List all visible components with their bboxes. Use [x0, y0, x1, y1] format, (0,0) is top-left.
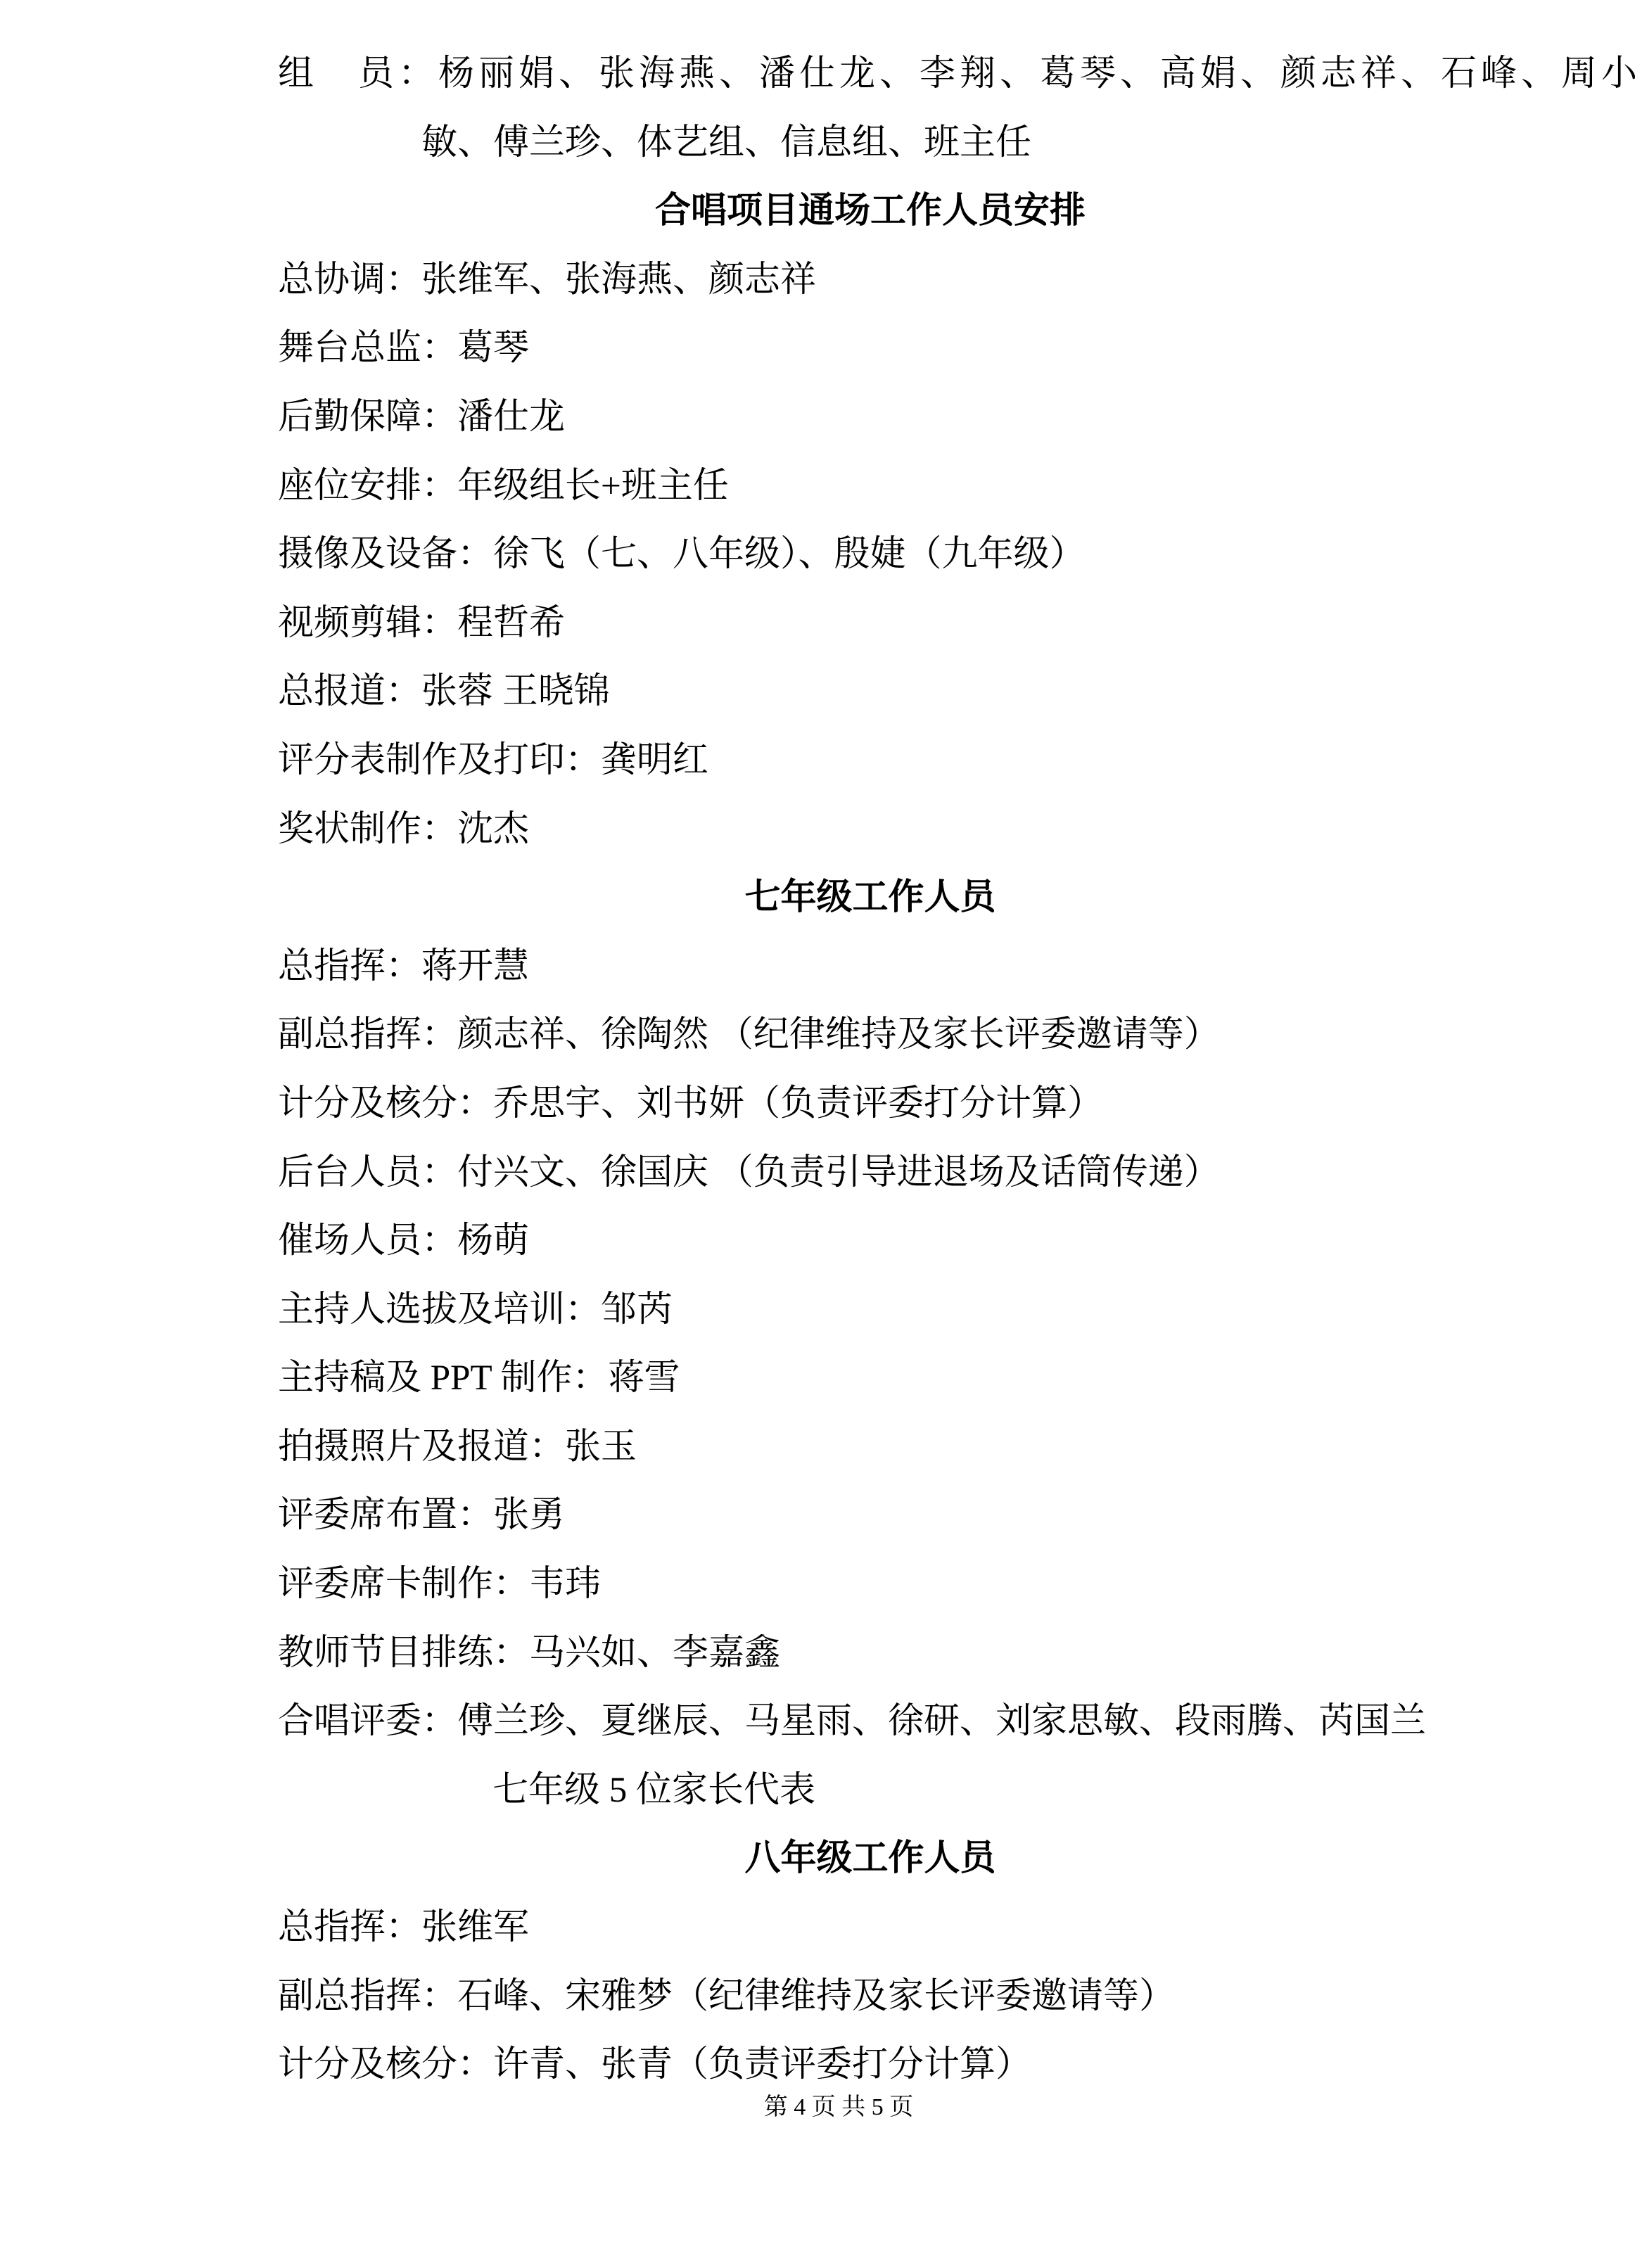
members-line: 组 员：杨丽娟、张海燕、潘仕龙、李翔、葛琴、高娟、颜志祥、石峰、周小	[0, 40, 1635, 109]
section-heading-grade7: 七年级工作人员	[0, 864, 1635, 933]
staff-line: 副总指挥：颜志祥、徐陶然 （纪律维持及家长评委邀请等）	[0, 1001, 1635, 1070]
staff-line: 拍摄照片及报道：张玉	[0, 1413, 1635, 1482]
staff-line: 评委席卡制作：韦玮	[0, 1550, 1635, 1619]
staff-line: 总指挥：蒋开慧	[0, 933, 1635, 1002]
staff-line: 总指挥：张维军	[0, 1894, 1635, 1963]
staff-line: 总报道：张蓉 王晓锦	[0, 658, 1635, 727]
staff-line: 总协调：张维军、张海燕、颜志祥	[0, 246, 1635, 315]
staff-line: 主持稿及 PPT 制作：蒋雪	[0, 1344, 1635, 1413]
staff-line: 主持人选拔及培训：邹芮	[0, 1276, 1635, 1345]
staff-line: 催场人员：杨萌	[0, 1207, 1635, 1276]
staff-line: 计分及核分：许青、张青（负责评委打分计算）	[0, 2031, 1635, 2100]
section-heading-overall: 合唱项目通场工作人员安排	[0, 177, 1635, 246]
staff-line: 座位安排：年级组长+班主任	[0, 452, 1635, 521]
staff-line: 奖状制作：沈杰	[0, 796, 1635, 865]
staff-line: 副总指挥：石峰、宋雅梦（纪律维持及家长评委邀请等）	[0, 1963, 1635, 2032]
staff-line: 教师节目排练：马兴如、李嘉鑫	[0, 1619, 1635, 1688]
staff-line: 后勤保障：潘仕龙	[0, 383, 1635, 452]
staff-line: 后台人员：付兴文、徐国庆 （负责引导进退场及话筒传递）	[0, 1139, 1635, 1208]
staff-line: 舞台总监：葛琴	[0, 314, 1635, 383]
staff-line: 合唱评委：傅兰珍、夏继辰、马星雨、徐研、刘家思敏、段雨腾、芮国兰	[0, 1688, 1635, 1757]
document-page: 组 员：杨丽娟、张海燕、潘仕龙、李翔、葛琴、高娟、颜志祥、石峰、周小敏、傅兰珍、…	[0, 0, 1635, 2268]
parent-representatives-line: 七年级 5 位家长代表	[0, 1757, 1635, 1826]
document-body: 组 员：杨丽娟、张海燕、潘仕龙、李翔、葛琴、高娟、颜志祥、石峰、周小敏、傅兰珍、…	[0, 40, 1635, 2100]
staff-line: 评分表制作及打印：龚明红	[0, 727, 1635, 796]
members-line-continuation: 敏、傅兰珍、体艺组、信息组、班主任	[0, 109, 1635, 178]
section-heading-grade8: 八年级工作人员	[0, 1825, 1635, 1894]
staff-line: 评委席布置：张勇	[0, 1482, 1635, 1550]
staff-line: 视频剪辑：程哲希	[0, 590, 1635, 658]
page-number-footer: 第 4 页 共 5 页	[0, 2091, 1635, 2124]
staff-line: 摄像及设备：徐飞（七、八年级）、殷婕（九年级）	[0, 521, 1635, 590]
staff-line: 计分及核分：乔思宇、刘书妍（负责评委打分计算）	[0, 1070, 1635, 1139]
